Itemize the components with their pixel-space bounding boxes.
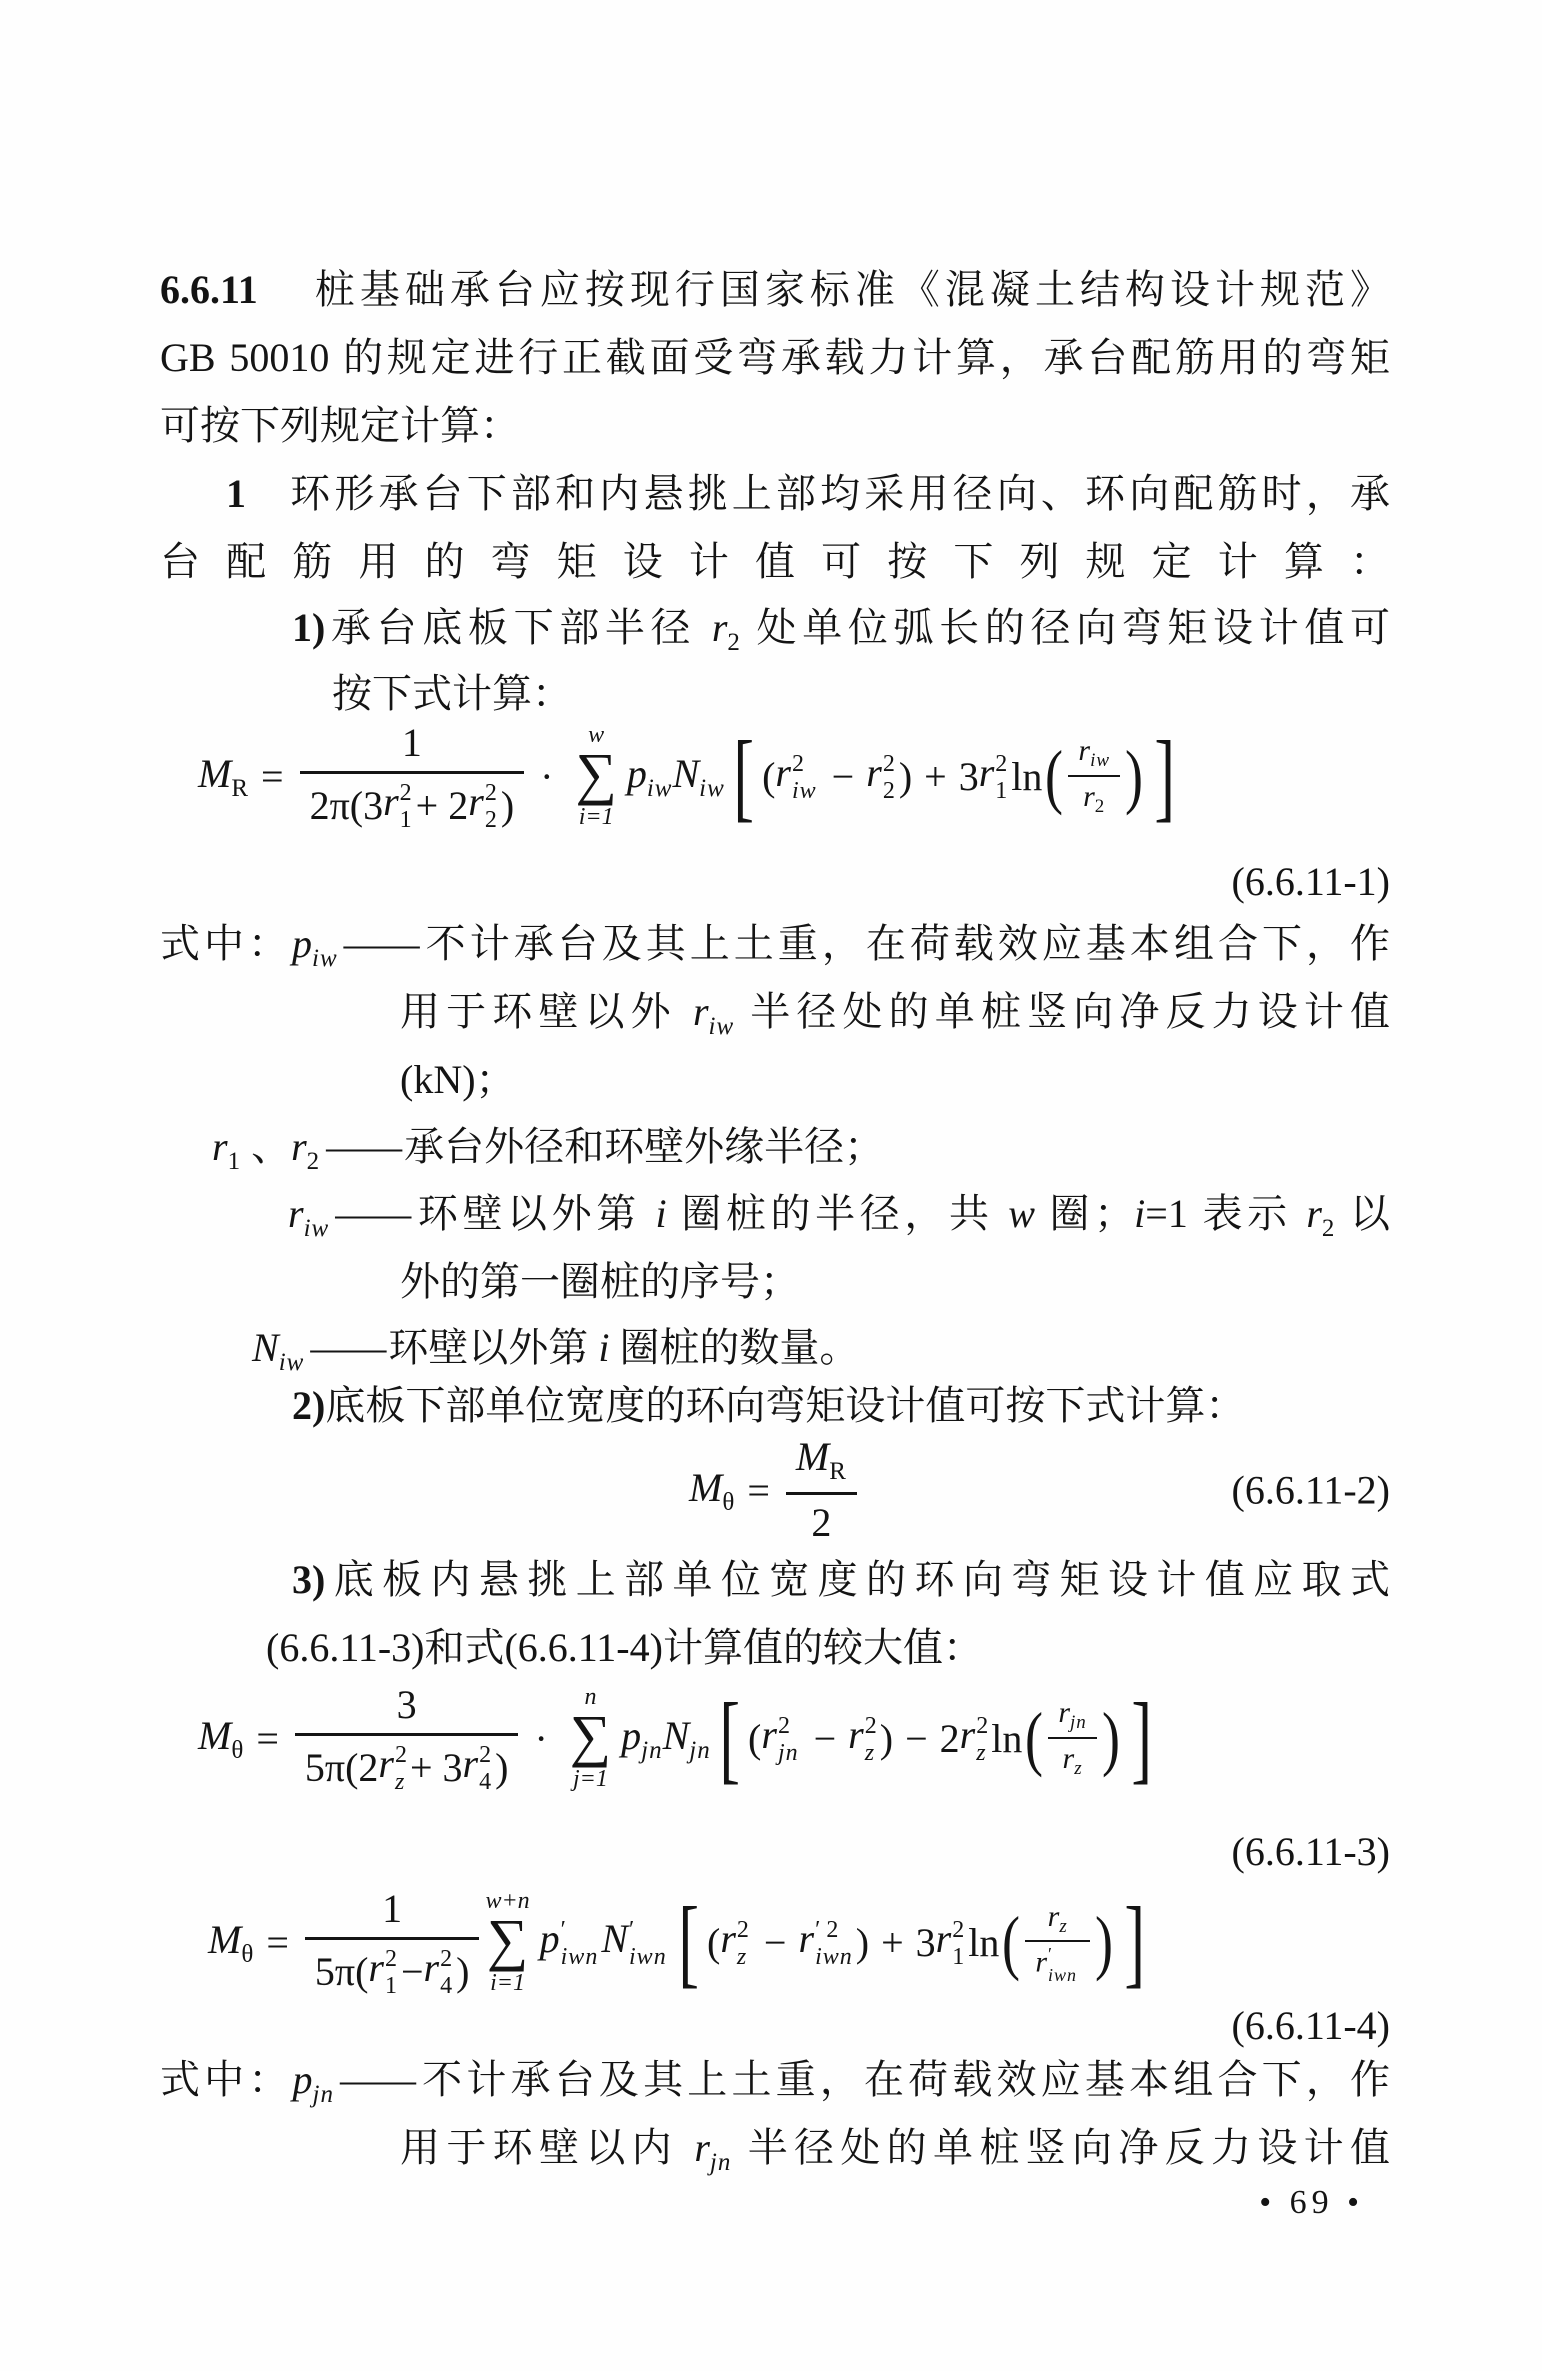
where-continuation-line: (kN)；: [400, 1052, 516, 1108]
clause-line: GB 50010 的规定进行正截面受弯承载力计算，承台配筋用的弯矩: [160, 330, 1390, 386]
math-var: r2iw: [775, 749, 819, 802]
fraction-bar: [1025, 1940, 1090, 1942]
sum-lower-limit: j=1: [573, 1767, 608, 1791]
where-line: 式中：pjn——不计承台及其上土重，在荷载效应基本组合下，作: [160, 2052, 1390, 2108]
fraction: riw r2: [1068, 734, 1120, 818]
equation-6-6-11-2: Mθ = MR 2 (6.6.11-2): [160, 1432, 1390, 1548]
ln-operator: ln: [968, 1919, 999, 1966]
math-subscript: jn: [641, 1737, 662, 1764]
math-supsub: 21: [400, 781, 413, 832]
fraction-numerator: 3: [387, 1682, 427, 1728]
fraction: rz r′iwn: [1025, 1900, 1090, 1985]
fraction-bar: [786, 1492, 857, 1495]
math-var: r2jn: [761, 1711, 801, 1764]
math-subscript: 2: [1095, 796, 1106, 817]
where-continuation-line: 用于环壁以外 riw 半径处的单桩竖向净反力设计值: [400, 984, 1390, 1040]
coefficient: 2: [940, 1715, 960, 1762]
math-var: r2z: [960, 1711, 992, 1764]
sum-lower-limit: i=1: [490, 1971, 525, 1995]
math-supsub: 21: [995, 752, 1008, 803]
math-subscript: iw: [304, 1215, 330, 1242]
math-var: w: [1008, 1191, 1035, 1236]
text-segment: 台配筋用的弯矩设计值可按下列规定计算：: [160, 539, 1390, 584]
sublist-line: 1)承台底板下部半径 r2 处单位弧长的径向弯矩设计值可: [292, 600, 1390, 656]
big-left-paren: (: [1025, 1702, 1043, 1774]
fraction: 3 5π(2r2z + 3r24): [295, 1682, 519, 1793]
dot-operator: ·: [534, 1715, 547, 1762]
text-segment: 环壁以外第: [388, 1325, 598, 1370]
text-segment: 、: [241, 1124, 291, 1169]
math-var: r21: [383, 779, 416, 831]
math-var: Niw: [252, 1325, 304, 1370]
math-subscript: iw: [647, 775, 673, 802]
equals-operator: =: [261, 753, 284, 800]
math-subscript: jn: [1070, 1712, 1087, 1733]
clause-line: 可按下列规定计算：: [160, 398, 520, 454]
plus-operator: +: [881, 1919, 904, 1966]
big-right-paren: ): [1125, 740, 1143, 812]
math-var: r21: [936, 1915, 969, 1968]
text-segment: 处单位弧长的径向弯矩设计值可: [741, 605, 1390, 650]
math-text: ): [456, 1949, 469, 1995]
text-segment: 环壁以外第: [413, 1191, 655, 1236]
math-text: 2π(3: [310, 783, 384, 829]
text-segment: 式中：: [160, 921, 292, 966]
subitem-number: 2): [292, 1383, 325, 1428]
fraction-bar: [300, 771, 525, 774]
math-var: r24: [463, 1741, 496, 1793]
sum-symbol: ∑: [575, 751, 616, 797]
text-segment: 桩基础承台应按现行国家标准《混凝土结构设计规范》: [310, 267, 1390, 312]
math-var: r2: [291, 1124, 320, 1169]
fraction-denominator: rz: [1053, 1742, 1093, 1780]
math-supsub: 2z: [737, 1918, 749, 1969]
coefficient: 3: [916, 1919, 936, 1966]
definition-line: riw——环壁以外第 i 圈桩的半径，共 w 圈；i=1 表示 r2 以: [288, 1186, 1390, 1242]
math-var: r2z: [378, 1741, 410, 1793]
math-supsub: 2z: [865, 1714, 877, 1765]
math-supsub: ′ 2iwn: [815, 1918, 853, 1969]
text-segment: 用于环壁以外: [400, 989, 693, 1034]
sum-lower-limit: i=1: [579, 805, 614, 829]
ln-operator: ln: [991, 1715, 1022, 1762]
text-segment: 圈；: [1035, 1191, 1134, 1236]
text-segment: 外的第一圈桩的序号；: [400, 1259, 800, 1304]
right-bracket: ]: [1131, 1688, 1152, 1788]
math-subscript: 1: [228, 1148, 242, 1175]
left-paren: (: [762, 753, 775, 800]
text-segment: 用于环壁以内: [400, 2125, 694, 2170]
fraction-denominator: r′iwn: [1025, 1945, 1090, 1984]
math-subscript: θ: [241, 1941, 254, 1968]
fraction: MR 2: [786, 1434, 857, 1546]
sum-symbol: ∑: [487, 1917, 528, 1963]
math-var: MR: [198, 750, 249, 803]
fraction-numerator: riw: [1068, 734, 1120, 772]
fraction-numerator: rz: [1038, 1900, 1078, 1938]
text-segment: 以: [1335, 1191, 1390, 1236]
dash: ——: [310, 1325, 382, 1370]
subitem-number: 1): [292, 605, 325, 650]
math-var: r2: [712, 605, 741, 650]
math-supsub: 2z: [976, 1714, 988, 1765]
math-subscript: iw: [279, 1349, 305, 1376]
fraction-denominator: 5π(r21 − r24): [305, 1945, 480, 1997]
text-segment: 不计承台及其上土重，在荷载效应基本组合下，作: [418, 2057, 1390, 2102]
math-var: r2z: [720, 1915, 752, 1968]
equation-6-6-11-3: Mθ = 3 5π(2r2z + 3r24) · n ∑ j=1 pjn Njn…: [160, 1664, 1390, 1812]
math-var: i: [1134, 1191, 1145, 1236]
math-var: r24: [424, 1945, 457, 1997]
math-supsub: 24: [440, 1947, 453, 1998]
math-subscript: R: [829, 1458, 847, 1485]
page-number: • 69 •: [1259, 2184, 1364, 2222]
definition-line: Niw——环壁以外第 i 圈桩的数量。: [252, 1320, 859, 1376]
text-segment: 环形承台下部和内悬挑上部均采用径向、环向配筋时，承: [286, 471, 1390, 516]
text-segment: GB 50010 的规定进行正截面受弯承载力计算，承台配筋用的弯矩: [160, 335, 1390, 380]
math-text: −: [401, 1949, 424, 1995]
math-var: pjn: [293, 2057, 334, 2102]
sublist-line: 3)底板内悬挑上部单位宽度的环向弯矩设计值应取式: [292, 1552, 1390, 1608]
math-supsub: 2z: [395, 1743, 407, 1794]
math-text: + 3: [410, 1745, 463, 1791]
text-segment: 承台外径和环壁外缘半径；: [404, 1124, 884, 1169]
math-subscript: 2: [1322, 1215, 1336, 1242]
math-var: piw: [292, 921, 338, 966]
right-paren: ): [880, 1715, 893, 1762]
math-supsub: ′iwn: [561, 1918, 599, 1969]
math-subscript: z: [1074, 1758, 1082, 1779]
math-supsub: 24: [479, 1743, 492, 1794]
dot-operator: ·: [540, 753, 553, 800]
plus-operator: +: [924, 753, 947, 800]
text-segment: 可按下列规定计算：: [160, 403, 520, 448]
equation-6-6-11-4: Mθ = 1 5π(r21 − r24) w+n ∑ i=1 p′iwn N′i…: [160, 1868, 1390, 2016]
dash: ——: [335, 1191, 407, 1236]
math-var: riw: [693, 989, 734, 1034]
text-segment: 半径处的单桩竖向净反力设计值: [734, 989, 1390, 1034]
text-segment: 底板内悬挑上部单位宽度的环向弯矩设计值应取式: [325, 1557, 1390, 1602]
right-bracket: ]: [1154, 726, 1175, 826]
fraction-denominator: 2: [801, 1500, 841, 1546]
math-text: ): [501, 783, 514, 829]
math-supsub: ′iwn: [1048, 1945, 1077, 1984]
fraction-numerator: MR: [786, 1434, 857, 1487]
minus-operator: −: [832, 753, 855, 800]
equation-6-6-11-1: MR = 1 2π(3r21 + 2r22) · w ∑ i=1 piw Niw…: [160, 706, 1390, 846]
math-supsub: ′iwn: [629, 1918, 667, 1969]
minus-operator: −: [905, 1715, 928, 1762]
math-var: rjn: [694, 2125, 731, 2170]
text-segment: (kN)；: [400, 1057, 516, 1102]
math-var: i: [598, 1325, 609, 1370]
text-segment: 式中：: [160, 2057, 293, 2102]
summation: w ∑ i=1: [575, 723, 616, 828]
fraction-bar: [305, 1937, 480, 1940]
math-supsub: 22: [883, 752, 896, 803]
math-var: Niw: [672, 750, 724, 803]
math-subscript: iw: [709, 1013, 735, 1040]
minus-operator: −: [814, 1715, 837, 1762]
list-item-line: 台配筋用的弯矩设计值可按下列规定计算：: [160, 534, 1390, 590]
math-var: Njn: [663, 1712, 711, 1765]
big-left-paren: (: [1045, 740, 1063, 812]
math-var: piw: [627, 750, 673, 803]
fraction: rjn rz: [1048, 1696, 1096, 1780]
equals-operator: =: [747, 1467, 770, 1514]
text-segment: 承台底板下部半径: [325, 605, 712, 650]
clause-heading-line: 6.6.11桩基础承台应按现行国家标准《混凝土结构设计规范》: [160, 262, 1390, 318]
definition-continuation-line: 外的第一圈桩的序号；: [400, 1254, 800, 1310]
fraction: 1 5π(r21 − r24): [305, 1886, 480, 1997]
fraction-numerator: 1: [372, 1886, 412, 1932]
math-subscript: 2: [727, 629, 741, 656]
big-left-paren: (: [1002, 1906, 1020, 1978]
fraction-denominator: 5π(2r2z + 3r24): [295, 1741, 519, 1793]
equation-tag: (6.6.11-1): [1232, 854, 1390, 910]
definition-line: r1 、r2——承台外径和环壁外缘半径；: [212, 1119, 884, 1175]
fraction-denominator: 2π(3r21 + 2r22): [300, 779, 525, 831]
item-number: 1: [226, 471, 246, 516]
where-line: 式中：piw——不计承台及其上土重，在荷载效应基本组合下，作: [160, 916, 1390, 972]
fraction-bar: [1048, 1737, 1096, 1739]
minus-operator: −: [764, 1919, 787, 1966]
text-segment: =1 表示: [1145, 1191, 1306, 1236]
dash: ——: [340, 2057, 412, 2102]
math-var: riw: [288, 1191, 329, 1236]
left-paren: (: [748, 1715, 761, 1762]
right-paren: ): [899, 753, 912, 800]
math-var: Mθ: [208, 1916, 254, 1969]
math-subscript: z: [1059, 1916, 1067, 1937]
equals-operator: =: [266, 1919, 289, 1966]
math-var: Mθ: [689, 1464, 735, 1517]
math-text: 5π(2: [305, 1745, 379, 1791]
math-var: p′iwn: [540, 1915, 602, 1968]
math-subscript: iw: [1090, 750, 1110, 771]
math-var: N′iwn: [601, 1915, 669, 1968]
subitem-number: 3): [292, 1557, 325, 1602]
equation-tag: (6.6.11-4): [1232, 1998, 1390, 2054]
text-segment: 底板下部单位宽度的环向弯矩设计值可按下式计算：: [325, 1383, 1245, 1428]
text-segment: 不计承台及其上土重，在荷载效应基本组合下，作: [422, 921, 1390, 966]
fraction-numerator: rjn: [1048, 1696, 1096, 1734]
math-supsub: 22: [485, 781, 498, 832]
text-segment: 圈桩的半径，共: [667, 1191, 1009, 1236]
equation-tag: (6.6.11-2): [1232, 1467, 1390, 1514]
math-var: pjn: [621, 1712, 662, 1765]
math-var: r21: [979, 749, 1012, 802]
left-bracket: [: [719, 1688, 740, 1788]
math-var: r1: [212, 1124, 241, 1169]
fraction: 1 2π(3r21 + 2r22): [300, 720, 525, 831]
math-subscript: θ: [722, 1489, 735, 1516]
equals-operator: =: [256, 1715, 279, 1762]
math-supsub: 21: [385, 1947, 398, 1998]
math-text: 5π(: [315, 1949, 369, 1995]
fraction-numerator: 1: [392, 720, 432, 766]
sublist-line: 2)底板下部单位宽度的环向弯矩设计值可按下式计算：: [292, 1378, 1245, 1434]
fraction-bar: [1068, 775, 1120, 777]
coefficient: 3: [959, 753, 979, 800]
math-var: Mθ: [198, 1712, 244, 1765]
right-paren: ): [856, 1919, 869, 1966]
left-bracket: [: [678, 1892, 699, 1992]
math-text: ): [495, 1745, 508, 1791]
dash: ——: [326, 1124, 398, 1169]
summation: w+n ∑ i=1: [485, 1889, 529, 1994]
clause-number: 6.6.11: [160, 267, 258, 312]
math-var: r′ 2iwn: [798, 1915, 855, 1968]
math-subscript: 2: [307, 1148, 321, 1175]
math-subscript: jn: [689, 1737, 710, 1764]
fraction-bar: [295, 1733, 519, 1736]
math-subscript: iw: [699, 775, 725, 802]
big-right-paren: ): [1102, 1702, 1120, 1774]
ln-operator: ln: [1011, 753, 1042, 800]
math-var: r2z: [848, 1711, 880, 1764]
math-text: + 2: [416, 783, 469, 829]
math-var: r21: [368, 1945, 401, 1997]
math-supsub: 21: [952, 1918, 965, 1969]
math-var: i: [656, 1191, 667, 1236]
dash: ——: [344, 921, 416, 966]
math-var: r2: [1306, 1191, 1335, 1236]
text-segment: 圈桩的数量。: [609, 1325, 859, 1370]
left-paren: (: [707, 1919, 720, 1966]
text-segment: 半径处的单桩竖向净反力设计值: [731, 2125, 1390, 2170]
math-supsub: 2iw: [792, 752, 817, 803]
right-bracket: ]: [1124, 1892, 1145, 1992]
where-continuation-line: 用于环壁以内 rjn 半径处的单桩竖向净反力设计值: [400, 2120, 1390, 2176]
math-var: r22: [866, 749, 899, 802]
summation: n ∑ j=1: [570, 1685, 611, 1790]
math-subscript: iw: [312, 945, 338, 972]
list-item-line: 1环形承台下部和内悬挑上部均采用径向、环向配筋时，承: [226, 466, 1390, 522]
math-subscript: jn: [710, 2149, 731, 2176]
fraction-denominator: r2: [1073, 780, 1115, 818]
math-subscript: R: [231, 775, 249, 802]
math-subscript: θ: [231, 1737, 244, 1764]
math-subscript: jn: [313, 2081, 334, 2108]
left-bracket: [: [733, 726, 754, 826]
math-var: r22: [468, 779, 501, 831]
sum-symbol: ∑: [570, 1713, 611, 1759]
big-right-paren: ): [1095, 1906, 1113, 1978]
math-supsub: 2jn: [778, 1714, 799, 1765]
